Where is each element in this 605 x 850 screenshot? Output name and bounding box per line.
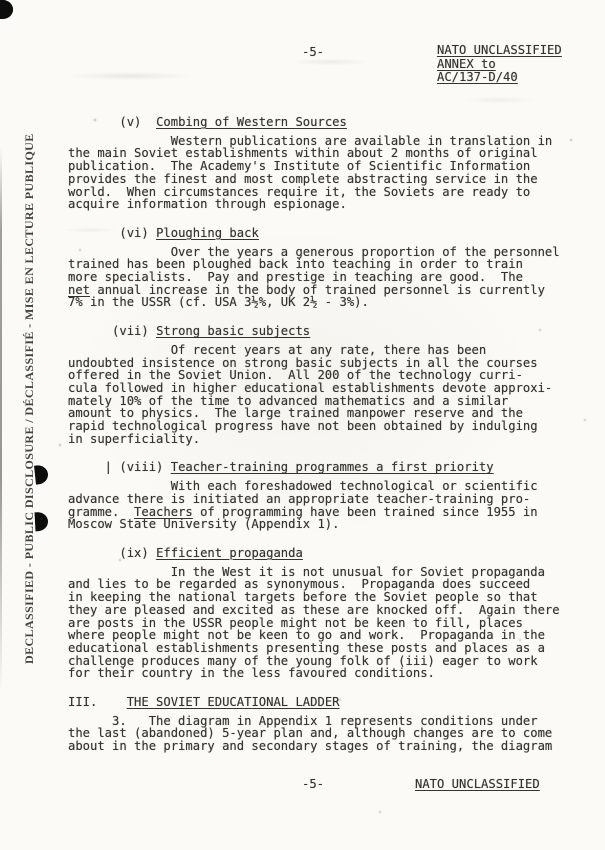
text-segment: for their country in the less favoured c… bbox=[68, 666, 435, 680]
header-classification: NATO UNCLASSIFIED bbox=[437, 44, 562, 58]
text-segment: (vii) bbox=[68, 324, 156, 338]
footer-classification: NATO UNCLASSIFIED bbox=[415, 778, 540, 791]
body-line: acquire information through espionage. bbox=[68, 198, 583, 211]
punch-hole bbox=[0, 0, 13, 19]
section-heading: | (viii) Teacher-training programmes a f… bbox=[68, 461, 583, 474]
body-line: for their country in the less favoured c… bbox=[68, 667, 583, 680]
section-heading: (vii) Strong basic subjects bbox=[68, 325, 583, 338]
document-section: III. THE SOVIET EDUCATIONAL LADDER 3. Th… bbox=[68, 696, 583, 753]
document-section: (v) Combing of Western Sources Western p… bbox=[68, 116, 583, 211]
header-reference: AC/137-D/40 bbox=[437, 71, 562, 85]
text-segment: about in the primary and secondary stage… bbox=[68, 739, 552, 753]
document-section: (vii) Strong basic subjects Of recent ye… bbox=[68, 325, 583, 445]
text-segment: in superficiality. bbox=[68, 432, 200, 446]
body-line: Moscow State University (Appendix 1). bbox=[68, 518, 583, 531]
underlined-text: Efficient propaganda bbox=[156, 546, 303, 560]
section-heading: III. THE SOVIET EDUCATIONAL LADDER bbox=[68, 696, 583, 709]
text-segment: (v) bbox=[68, 115, 156, 129]
paragraph: In the West it is not unusual for Soviet… bbox=[68, 566, 583, 680]
paragraph: Western publications are available in tr… bbox=[68, 135, 583, 211]
document-section: (vi) Ploughing back Over the years a gen… bbox=[68, 227, 583, 309]
paragraph: With each foreshadowed technological or … bbox=[68, 480, 583, 531]
body-line: about in the primary and secondary stage… bbox=[68, 740, 583, 753]
paragraph: 3. The diagram in Appendix 1 represents … bbox=[68, 715, 583, 753]
underlined-text: Ploughing back bbox=[156, 226, 259, 240]
underlined-text: Teacher-training programmes a first prio… bbox=[171, 460, 494, 474]
text-segment: acquire information through espionage. bbox=[68, 197, 347, 211]
body-line: in superficiality. bbox=[68, 433, 583, 446]
punch-hole bbox=[35, 512, 49, 532]
text-segment: 7% in the USSR (cf. USA 3½%, UK 2½ - 3%)… bbox=[68, 295, 369, 309]
page-number-top: -5- bbox=[302, 46, 324, 59]
section-heading: (v) Combing of Western Sources bbox=[68, 116, 583, 129]
section-heading: (ix) Efficient propaganda bbox=[68, 547, 583, 560]
paragraph: Of recent years at any rate, there has b… bbox=[68, 344, 583, 446]
page-number-bottom: -5- bbox=[302, 778, 324, 791]
text-segment: III. bbox=[68, 695, 127, 709]
underlined-text: THE SOVIET EDUCATIONAL LADDER bbox=[127, 695, 340, 709]
document-page: DECLASSIFIED - PUBLIC DISCLOSURE / DÉCLA… bbox=[0, 0, 605, 850]
document-section: | (viii) Teacher-training programmes a f… bbox=[68, 461, 583, 531]
declassified-stamp: DECLASSIFIED - PUBLIC DISCLOSURE / DÉCLA… bbox=[22, 144, 37, 664]
text-segment: | (viii) bbox=[68, 460, 171, 474]
scan-edge-artifact bbox=[0, 148, 2, 693]
section-heading: (vi) Ploughing back bbox=[68, 227, 583, 240]
text-segment: (ix) bbox=[68, 546, 156, 560]
document-header: NATO UNCLASSIFIED ANNEX to AC/137-D/40 bbox=[437, 44, 562, 85]
text-segment: (vi) bbox=[68, 226, 156, 240]
punch-hole bbox=[34, 464, 49, 484]
body-line: 7% in the USSR (cf. USA 3½%, UK 2½ - 3%)… bbox=[68, 296, 583, 309]
underlined-text: Strong basic subjects bbox=[156, 324, 310, 338]
paragraph: Over the years a generous proportion of … bbox=[68, 246, 583, 310]
document-body: (v) Combing of Western Sources Western p… bbox=[68, 116, 583, 753]
document-section: (ix) Efficient propaganda In the West it… bbox=[68, 547, 583, 680]
header-annex: ANNEX to bbox=[437, 58, 562, 72]
underlined-text: Combing of Western Sources bbox=[156, 115, 347, 129]
text-segment: Moscow State University (Appendix 1). bbox=[68, 517, 340, 531]
